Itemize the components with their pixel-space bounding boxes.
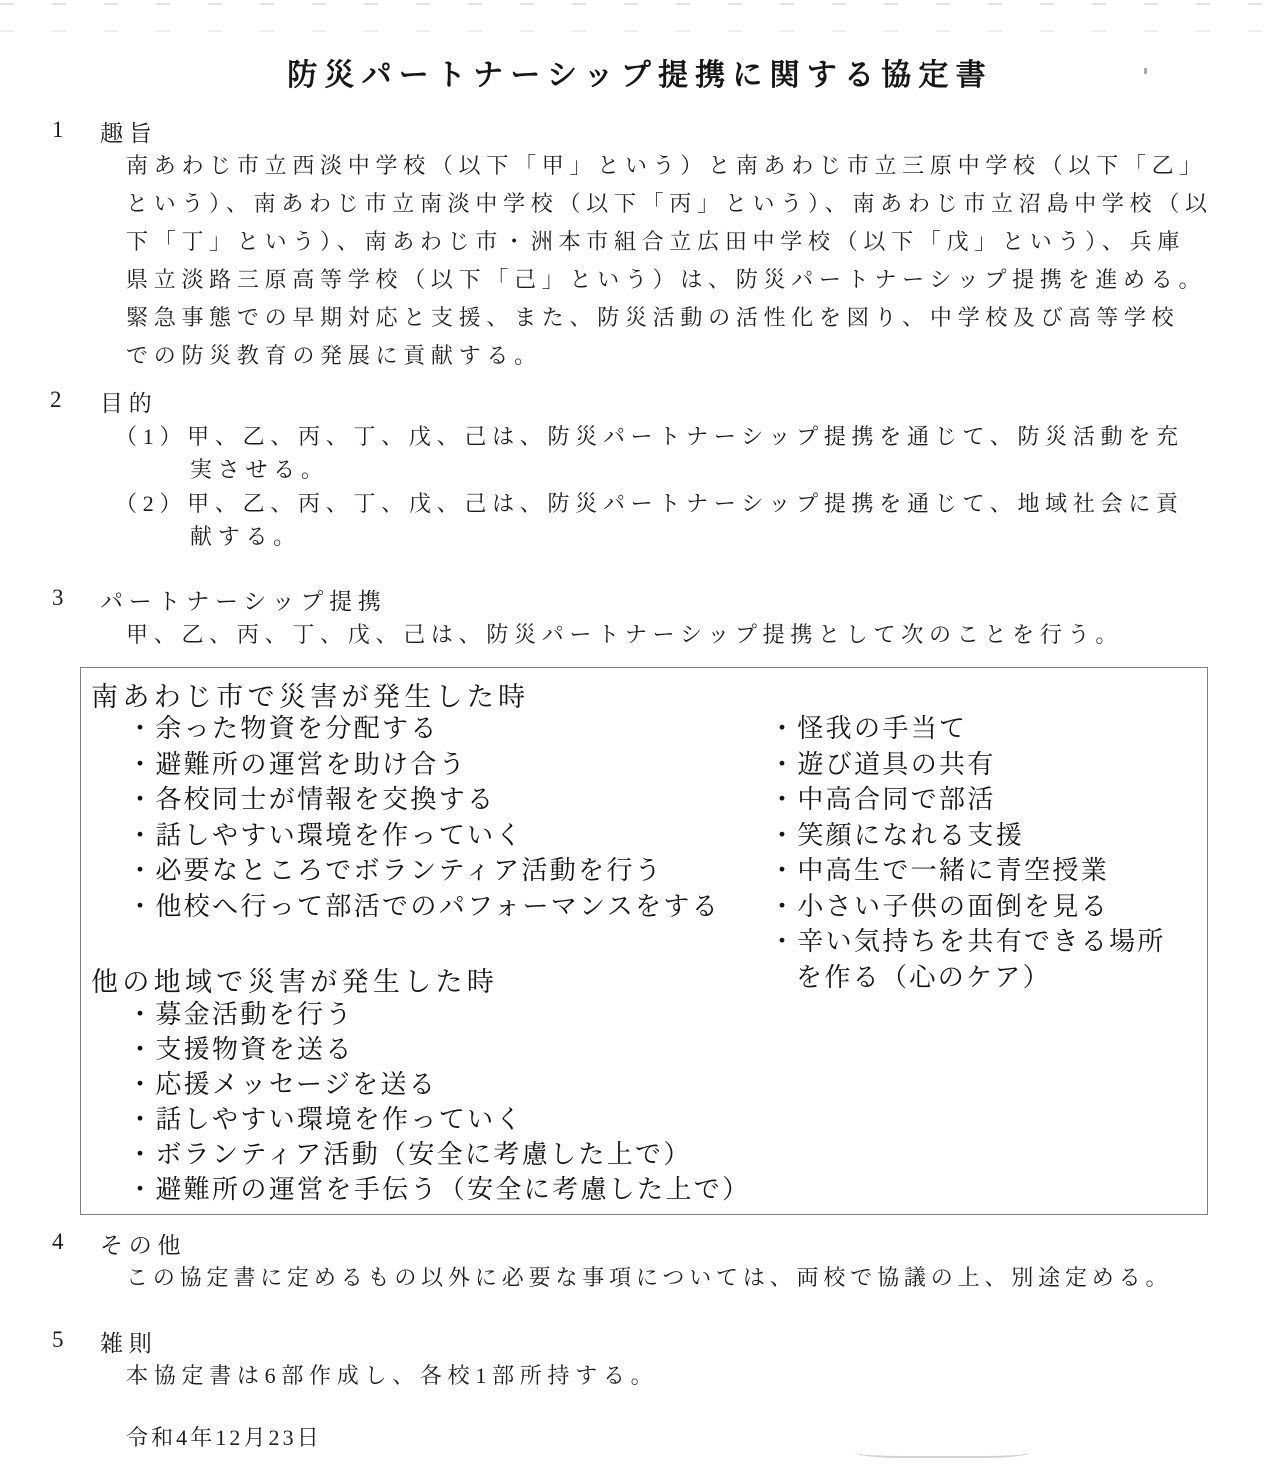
other-region-disaster-heading: 他の地域で災害が発生した時 — [91, 960, 498, 999]
section-4-body: この協定書に定めるもの以外に必要な事項については、両校で協議の上、別途定める。 — [126, 1261, 1172, 1292]
list-item: ・小さい子供の面倒を見る — [769, 890, 1199, 926]
other-region-disaster-items: ・募金活動を行う ・支援物資を送る ・応援メッセージを送る ・話しやすい環境を作… — [127, 998, 750, 1208]
section-4-heading: その他 — [100, 1227, 186, 1260]
list-item: ・募金活動を行う — [127, 998, 750, 1033]
section-2-heading: 目的 — [100, 385, 158, 418]
list-item: ・他校へ行って部活でのパフォーマンスをする — [127, 890, 720, 926]
body-line: 緊急事態での早期対応と支援、また、防災活動の活性化を図り、中学校及び高等学校 — [126, 299, 1213, 337]
section-2-number: 2 — [50, 387, 62, 413]
list-item: ・中高生で一緒に青空授業 — [769, 854, 1199, 890]
list-item: ・必要なところでボランティア活動を行う — [127, 854, 720, 890]
list-item: ・笑顔になれる支援 — [769, 819, 1199, 855]
list-item: ・辛い気持ちを共有できる場所 を作る（心のケア） — [769, 925, 1199, 996]
section-4-number: 4 — [52, 1229, 64, 1255]
list-item: ・避難所の運営を手伝う（安全に考慮した上で） — [127, 1173, 750, 1208]
objective-1-continuation: 実させる。 — [190, 453, 329, 484]
local-disaster-heading: 南あわじ市で災害が発生した時 — [91, 675, 529, 714]
list-item: ・応援メッセージを送る — [127, 1068, 750, 1103]
list-item: ・怪我の手当て — [769, 712, 1199, 748]
body-line: での防災教育の発展に貢献する。 — [126, 337, 1213, 375]
list-item: ・各校同士が情報を交換する — [127, 783, 720, 819]
list-item: ・遊び道具の共有 — [769, 748, 1199, 784]
section-5-body: 本協定書は6部作成し、各校1部所持する。 — [126, 1359, 658, 1390]
scanned-agreement-document: 防災パートナーシップ提携に関する協定書 1 趣旨 南あわじ市立西淡中学校（以下「… — [0, 0, 1280, 1475]
body-line: という）、南あわじ市立南淡中学校（以下「丙」という）、南あわじ市立沼島中学校（以 — [126, 185, 1213, 223]
body-line: 下「丁」という）、南あわじ市・洲本市組合立広田中学校（以下「戊」という）、兵庫 — [126, 223, 1213, 261]
right-column-items: ・怪我の手当て ・遊び道具の共有 ・中高合同で部活 ・笑顔になれる支援 ・中高生… — [769, 712, 1199, 996]
list-item: ・ボランティア活動（安全に考慮した上で） — [127, 1138, 750, 1173]
document-date: 令和4年12月23日 — [126, 1421, 322, 1452]
section-1-body: 南あわじ市立西淡中学校（以下「甲」という）と南あわじ市立三原中学校（以下「乙」 … — [126, 147, 1213, 375]
section-3-body: 甲、乙、丙、丁、戊、己は、防災パートナーシップ提携として次のことを行う。 — [126, 618, 1123, 649]
list-item: ・避難所の運営を助け合う — [127, 748, 720, 784]
section-1-number: 1 — [52, 117, 64, 143]
list-item: ・支援物資を送る — [127, 1033, 750, 1068]
objective-2-line: （2）甲、乙、丙、丁、戊、己は、防災パートナーシップ提携を通じて、地域社会に貢 — [115, 487, 1184, 518]
section-3-heading: パートナーシップ提携 — [100, 583, 387, 616]
body-line: 県立淡路三原高等学校（以下「己」という）は、防災パートナーシップ提携を進める。 — [126, 261, 1213, 299]
list-item: ・話しやすい環境を作っていく — [127, 1103, 750, 1138]
scan-artifact-top-dashes — [0, 30, 1280, 32]
section-5-number: 5 — [52, 1327, 64, 1353]
scan-artifact-top-dashes — [0, 3, 1280, 5]
list-item: ・余った物資を分配する — [127, 712, 720, 748]
section-3-number: 3 — [52, 585, 64, 611]
section-1-heading: 趣旨 — [100, 115, 158, 148]
document-title: 防災パートナーシップ提携に関する協定書 — [0, 50, 1280, 94]
objective-2-continuation: 献する。 — [190, 520, 301, 551]
local-disaster-items: ・余った物資を分配する ・避難所の運営を助け合う ・各校同士が情報を交換する ・… — [127, 712, 720, 925]
scan-artifact-line — [855, 1447, 1030, 1458]
list-item: ・中高合同で部活 — [769, 783, 1199, 819]
body-line: 南あわじ市立西淡中学校（以下「甲」という）と南あわじ市立三原中学校（以下「乙」 — [126, 147, 1213, 185]
partnership-activities-box: 南あわじ市で災害が発生した時 ・余った物資を分配する ・避難所の運営を助け合う … — [80, 667, 1208, 1215]
section-5-heading: 雑則 — [100, 1325, 158, 1358]
list-item: ・話しやすい環境を作っていく — [127, 819, 720, 855]
objective-1-line: （1）甲、乙、丙、丁、戊、己は、防災パートナーシップ提携を通じて、防災活動を充 — [115, 420, 1184, 451]
